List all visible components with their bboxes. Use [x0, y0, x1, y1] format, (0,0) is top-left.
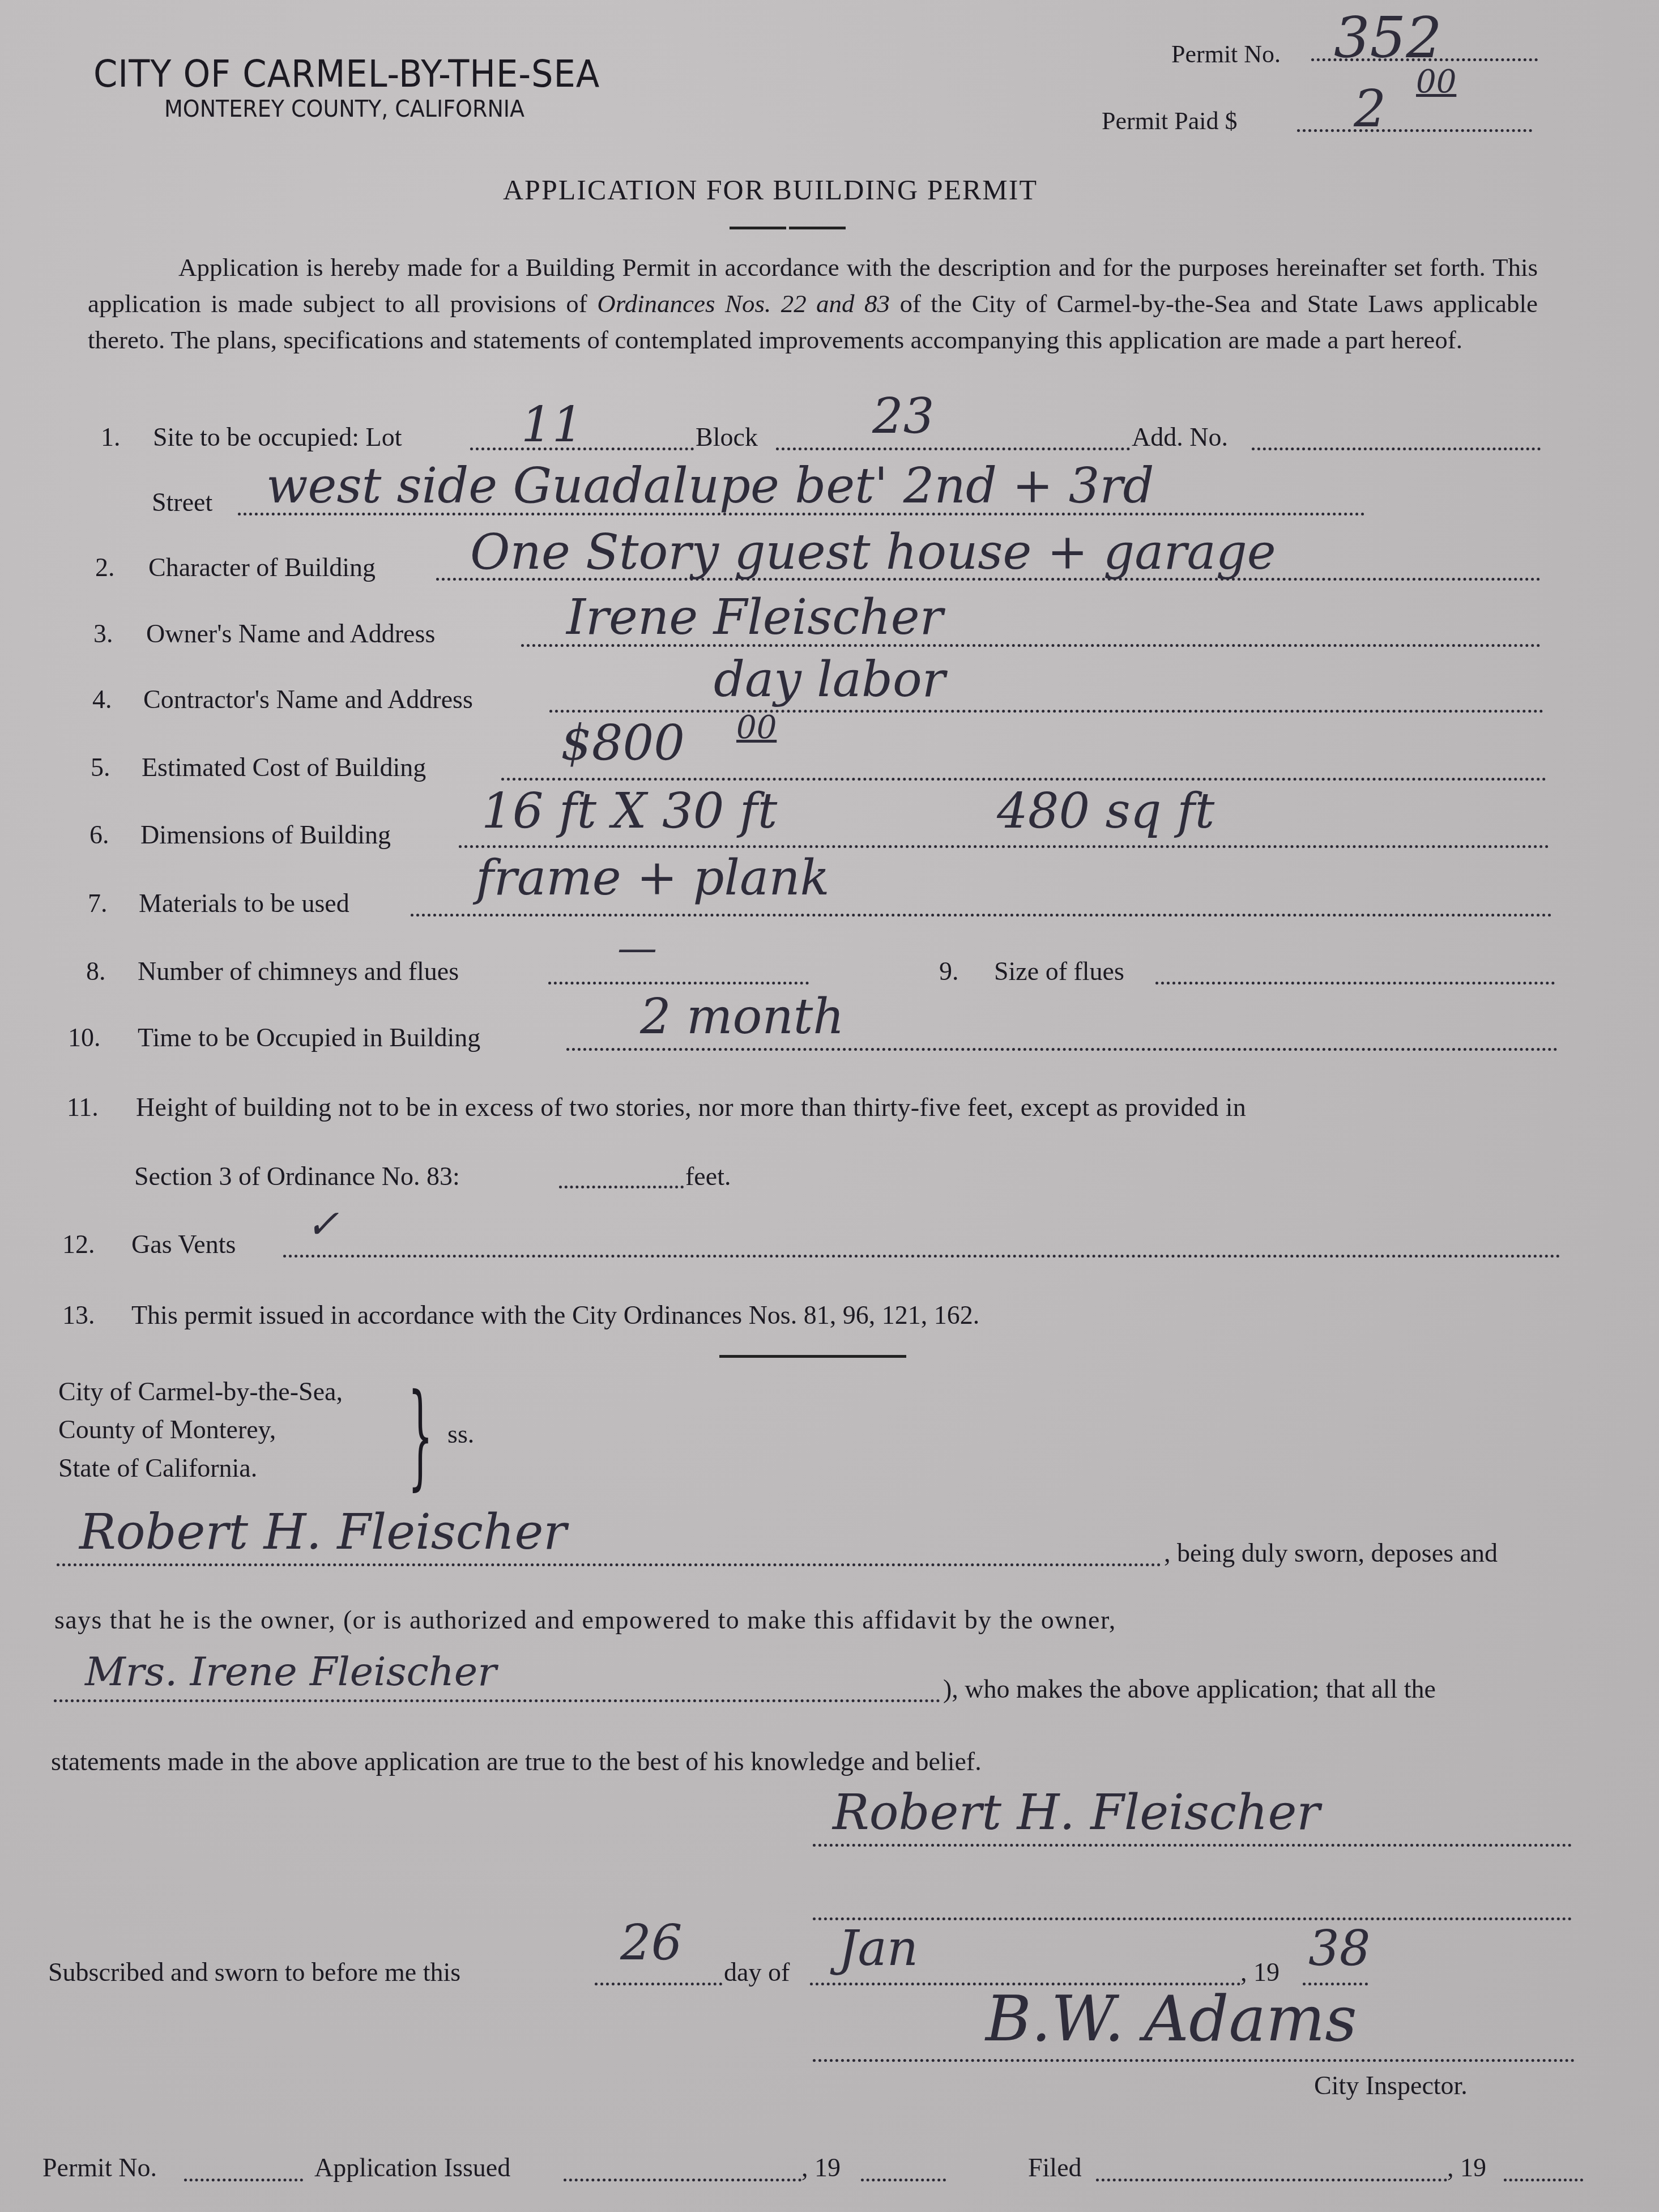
cost-field-line	[501, 778, 1546, 781]
affiant-signature-line	[813, 1844, 1572, 1847]
affidavit-text-3: ), who makes the above application; that…	[943, 1674, 1436, 1704]
owner-name-line	[54, 1699, 940, 1702]
field-10-label: Time to be Occupied in Building	[138, 1022, 480, 1052]
field-1-number: 1.	[101, 422, 121, 452]
chimneys-field-line	[548, 982, 809, 984]
field-3-label: Owner's Name and Address	[146, 619, 435, 649]
footer-filed-label: Filed	[1028, 2153, 1082, 2183]
cost-cents: 00	[736, 709, 777, 746]
footer-permit-no-label: Permit No.	[42, 2153, 157, 2183]
contractor-value[interactable]: day labor	[714, 651, 945, 708]
character-value[interactable]: One Story guest house + garage	[470, 524, 1276, 581]
materials-value[interactable]: frame + plank	[476, 850, 830, 906]
footer-filed-date-line	[1096, 2179, 1447, 2181]
field-4-label: Contractor's Name and Address	[143, 684, 473, 714]
venue-state: State of California.	[58, 1453, 257, 1483]
footer-permit-no-line	[184, 2179, 303, 2181]
jurat-text: Subscribed and sworn to before me this	[48, 1957, 460, 1987]
intro-ordinances: Ordinances Nos. 22 and 83	[597, 289, 890, 318]
dimensions-field-line	[459, 845, 1549, 848]
field-8-label: Number of chimneys and flues	[138, 956, 459, 986]
brace-icon: }	[408, 1379, 433, 1493]
field-5-number: 5.	[91, 752, 110, 782]
field-11-feet: feet.	[685, 1161, 731, 1191]
permit-paid-field-line	[1297, 129, 1532, 132]
footer-application-issued-label: Application Issued	[314, 2153, 510, 2183]
block-field-line	[776, 447, 1130, 450]
deponent-signature[interactable]: Robert H. Fleischer	[79, 1504, 566, 1561]
field-5-label: Estimated Cost of Building	[142, 752, 426, 782]
section-divider	[719, 1355, 906, 1358]
venue-city: City of Carmel-by-the-Sea,	[58, 1376, 343, 1407]
affiant-signature[interactable]: Robert H. Fleischer	[833, 1784, 1320, 1841]
add-no-field-line	[1252, 447, 1541, 450]
footer-issued-year-line	[861, 2179, 946, 2181]
field-11-number: 11.	[67, 1092, 99, 1122]
field-9-number: 9.	[939, 956, 959, 986]
field-1-label: Site to be occupied: Lot	[153, 422, 402, 452]
permit-paid-value[interactable]: 2	[1354, 79, 1386, 139]
footer-filed-year-line	[1504, 2179, 1583, 2181]
add-no-label: Add. No.	[1132, 422, 1228, 452]
lot-value[interactable]: 11	[521, 397, 583, 453]
field-12-number: 12.	[62, 1229, 95, 1259]
field-9-label: Size of flues	[994, 956, 1124, 986]
day-of-label: day of	[724, 1957, 790, 1987]
venue-ss: ss.	[447, 1419, 474, 1449]
field-2-label: Character of Building	[148, 552, 376, 582]
year-value[interactable]: 38	[1308, 1920, 1370, 1977]
field-2-number: 2.	[95, 552, 115, 582]
field-11-text: Height of building not to be in excess o…	[136, 1092, 1246, 1122]
height-field-line	[559, 1186, 684, 1188]
permit-no-value[interactable]: 352	[1334, 5, 1442, 71]
month-value[interactable]: Jan	[838, 1920, 918, 1977]
permit-paid-label: Permit Paid $	[1102, 106, 1238, 135]
title-rule-left	[730, 227, 786, 229]
materials-field-line	[411, 914, 1552, 917]
flue-size-field-line	[1155, 982, 1555, 984]
owner-value[interactable]: Irene Fleischer	[566, 589, 943, 646]
field-10-number: 10.	[68, 1022, 101, 1052]
field-7-label: Materials to be used	[139, 888, 349, 918]
gas-vents-checkmark[interactable]: ✓	[306, 1201, 339, 1247]
inspector-signature-line	[813, 2059, 1575, 2062]
gas-vents-field-line	[283, 1255, 1560, 1258]
street-value[interactable]: west side Guadalupe bet' 2nd + 3rd	[266, 458, 1154, 514]
permit-paid-cents: 00	[1416, 63, 1456, 100]
inspector-signature[interactable]: B.W. Adams	[986, 1983, 1357, 2055]
field-3-number: 3.	[93, 619, 113, 649]
block-value[interactable]: 23	[872, 388, 934, 445]
city-title: CITY OF CARMEL-BY-THE-SEA	[93, 52, 600, 96]
footer-filed-year: , 19	[1447, 2153, 1486, 2183]
form-title: APPLICATION FOR BUILDING PERMIT	[503, 173, 1038, 206]
chimneys-value[interactable]: —	[617, 924, 657, 971]
inspector-title: City Inspector.	[1314, 2070, 1468, 2100]
blank-signature-line	[813, 1917, 1572, 1920]
permit-no-label: Permit No.	[1171, 40, 1281, 69]
footer-issued-year: , 19	[801, 2153, 841, 2183]
cost-value[interactable]: $800	[561, 715, 685, 772]
street-label: Street	[152, 487, 212, 517]
footer-issued-date-line	[564, 2179, 801, 2181]
affidavit-text-1: , being duly sworn, deposes and	[1164, 1538, 1498, 1568]
venue-state-text: State of California.	[58, 1454, 257, 1482]
dimensions-value[interactable]: 16 ft X 30 ft	[481, 783, 777, 839]
area-value[interactable]: 480 sq ft	[997, 783, 1214, 839]
intro-paragraph: Application is hereby made for a Buildin…	[88, 249, 1538, 358]
block-label: Block	[696, 422, 758, 452]
occupancy-field-line	[566, 1048, 1558, 1051]
contractor-field-line	[549, 710, 1543, 713]
field-13-text: This permit issued in accordance with th…	[131, 1300, 979, 1330]
field-13-number: 13.	[62, 1300, 95, 1330]
field-8-number: 8.	[86, 956, 106, 986]
field-11-section: Section 3 of Ordinance No. 83:	[134, 1161, 460, 1191]
affidavit-text-2: says that he is the owner, (or is author…	[54, 1605, 1116, 1635]
venue-county: County of Monterey,	[58, 1414, 276, 1444]
field-6-number: 6.	[89, 820, 109, 850]
field-12-label: Gas Vents	[131, 1229, 236, 1259]
field-4-number: 4.	[92, 684, 112, 714]
field-7-number: 7.	[88, 888, 108, 918]
county-subtitle: MONTEREY COUNTY, CALIFORNIA	[164, 96, 524, 122]
deponent-signature-line	[57, 1563, 1161, 1566]
field-6-label: Dimensions of Building	[140, 820, 391, 850]
day-value[interactable]: 26	[620, 1915, 682, 1971]
title-rule-right	[789, 227, 846, 229]
affidavit-text-4: statements made in the above application…	[51, 1746, 982, 1776]
owner-name-signature[interactable]: Mrs. Irene Fleischer	[85, 1648, 497, 1695]
day-field-line	[595, 1983, 722, 1985]
occupancy-value[interactable]: 2 month	[640, 988, 845, 1045]
